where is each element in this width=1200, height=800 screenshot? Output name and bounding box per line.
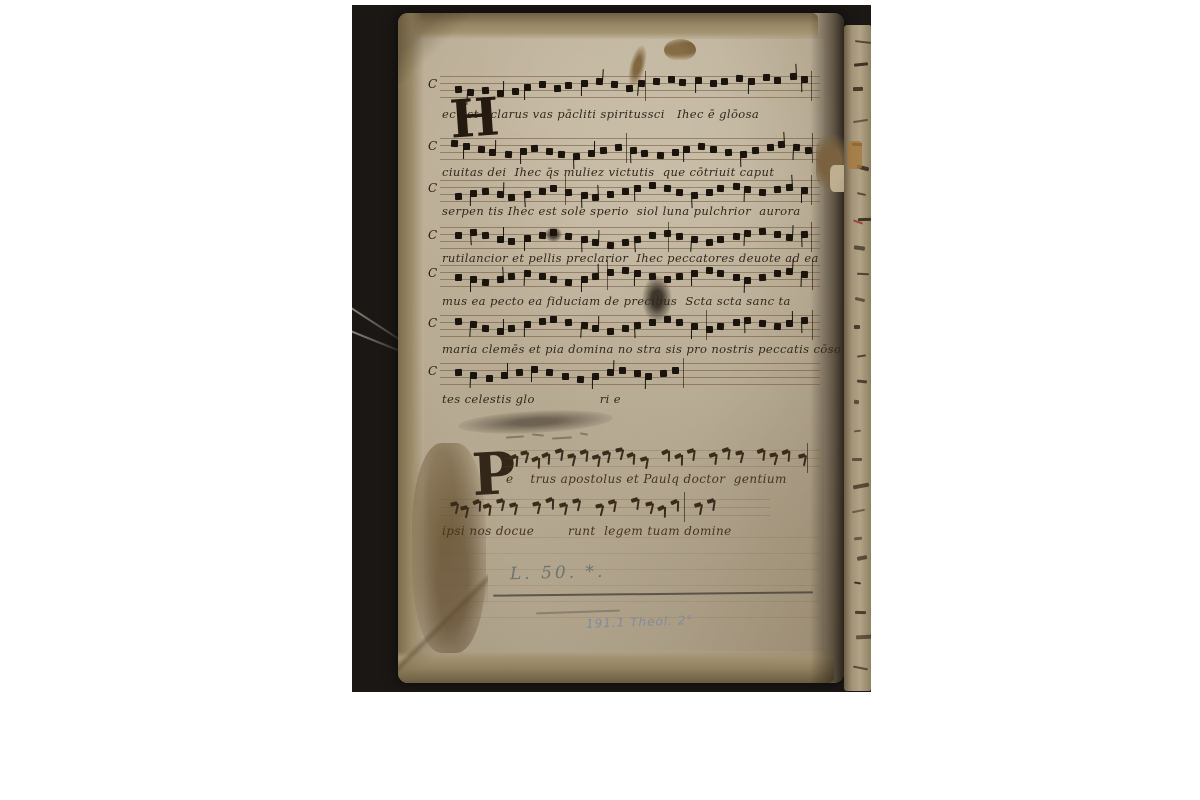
neume <box>675 233 682 240</box>
neume <box>588 150 595 157</box>
text-line: e trus apostolus et Paulq doctor gentium <box>506 472 787 486</box>
neume-stem <box>503 227 504 237</box>
neume-stem <box>695 83 696 93</box>
neume <box>801 271 808 278</box>
neume <box>615 144 622 151</box>
neume <box>748 78 755 85</box>
staff-line <box>440 187 820 188</box>
neume <box>634 370 641 377</box>
neume <box>550 229 557 236</box>
text-line: serpen tis Ihec est sole sperio siol lun… <box>442 204 801 218</box>
neume-tail <box>524 453 529 464</box>
neume-stem <box>801 193 802 203</box>
neume <box>622 325 629 332</box>
neume-tail <box>680 455 682 466</box>
neume <box>607 191 614 198</box>
staff-line <box>440 336 820 337</box>
facing-page-script-mark <box>853 87 863 91</box>
barline <box>812 310 813 340</box>
text-line: tes celestis glo ri e <box>442 392 621 406</box>
neume <box>679 79 686 86</box>
neume <box>497 90 504 97</box>
neume-stem <box>792 225 794 235</box>
staff-line <box>440 384 820 385</box>
neume <box>744 277 751 284</box>
staff-line <box>440 370 820 371</box>
neume <box>637 80 644 87</box>
neume <box>801 76 808 83</box>
neume <box>793 144 800 151</box>
hufnagel-neume <box>670 500 680 514</box>
staff-line <box>440 83 820 84</box>
neume <box>675 273 682 280</box>
neume-tail <box>668 451 670 462</box>
hufnagel-neume <box>483 504 492 517</box>
neume-stem <box>502 266 504 276</box>
neume-tail <box>501 500 505 511</box>
neume <box>801 187 808 194</box>
neume-tail <box>479 501 482 512</box>
neume-stem <box>598 316 599 326</box>
neume <box>565 319 572 326</box>
facing-page-script-mark <box>853 666 868 670</box>
hufnagel-neume <box>661 450 671 464</box>
neume-tail <box>699 504 703 515</box>
clef: C <box>428 316 437 330</box>
neume <box>774 231 781 238</box>
neume <box>619 367 626 374</box>
neume <box>508 324 515 331</box>
barline <box>684 492 685 522</box>
manuscript-photo: C ec est p̄clarus vas pācliti spirituss… <box>352 5 871 692</box>
neume-stem <box>683 152 684 162</box>
neume <box>683 145 690 152</box>
neume-stem <box>581 86 582 96</box>
text-line: mus ea pecto ea fiduciam de precibus Sct… <box>442 294 791 308</box>
neume-tail <box>585 451 588 462</box>
neume-tail <box>551 499 553 510</box>
staff-line <box>440 180 820 181</box>
neume <box>455 318 462 325</box>
facing-page-script-mark <box>853 246 864 251</box>
neume-stem <box>637 86 639 96</box>
neume-stem <box>503 81 504 91</box>
barline <box>811 71 812 101</box>
neume-tail <box>788 451 791 462</box>
neume-tail <box>537 503 541 514</box>
neume <box>786 268 793 275</box>
neume-stem <box>691 276 692 286</box>
neume <box>767 144 774 151</box>
neume <box>789 73 796 80</box>
text-line: ipsi nos docue runt legem tuam domine <box>442 524 732 538</box>
neume <box>470 372 477 379</box>
neume <box>733 274 740 281</box>
neume <box>634 235 641 242</box>
neume <box>592 194 599 201</box>
neume <box>759 228 766 235</box>
music-system: C mus ea pecto ea fiduciam de precibus S… <box>440 262 820 314</box>
music-system: C tes celestis glo ri e <box>440 360 820 412</box>
neume <box>592 325 599 332</box>
neume-stem <box>744 236 746 246</box>
staff-line <box>440 499 770 500</box>
neume <box>504 151 511 158</box>
neume <box>759 273 766 280</box>
neume <box>649 232 656 239</box>
hufnagel-neume <box>627 452 637 466</box>
hufnagel-neume <box>797 454 807 468</box>
facing-page-script-mark <box>853 118 868 122</box>
neume <box>516 369 523 376</box>
neume <box>786 320 793 327</box>
neume-stem <box>744 323 746 333</box>
hufnagel-neume <box>567 454 577 468</box>
neume <box>592 239 599 246</box>
neume <box>786 184 793 191</box>
neume <box>706 267 713 274</box>
neume <box>736 75 743 82</box>
neume <box>599 146 606 153</box>
neume <box>672 367 679 374</box>
neume <box>751 147 758 154</box>
neume <box>630 147 637 154</box>
hufnagel-neume <box>473 500 483 514</box>
facing-page-script-mark <box>858 218 871 221</box>
staff: C <box>440 177 820 203</box>
neume <box>732 233 739 240</box>
hufnagel-neume <box>510 455 520 468</box>
neume <box>546 369 553 376</box>
neume <box>550 185 557 192</box>
neume <box>691 236 698 243</box>
neume <box>486 375 493 382</box>
neume <box>512 88 519 95</box>
hufnagel-neume <box>709 453 718 466</box>
neume-tail <box>727 448 730 459</box>
neume <box>554 85 561 92</box>
staff-line <box>440 377 820 378</box>
neume <box>470 229 477 236</box>
neume-tail <box>607 452 611 463</box>
neume <box>691 192 698 199</box>
clef: C <box>428 181 437 195</box>
facing-page-script-mark <box>854 325 861 329</box>
neume <box>580 322 587 329</box>
neume <box>622 188 629 195</box>
neume <box>759 320 766 327</box>
neume <box>649 182 656 189</box>
neume-tail <box>633 453 636 464</box>
staff: C <box>440 262 820 288</box>
neume <box>622 267 629 274</box>
hufnagel-neume <box>571 499 581 513</box>
neume-stem <box>470 282 471 292</box>
book-cover-pastedown: C ec est p̄clarus vas pācliti spirituss… <box>398 13 844 683</box>
neume-tail <box>488 505 491 516</box>
barline <box>645 71 646 101</box>
neume <box>725 148 732 155</box>
facing-page-script-mark <box>857 273 869 275</box>
neume <box>580 192 587 199</box>
neume <box>675 319 682 326</box>
book-top-edge <box>398 13 818 39</box>
barline <box>668 222 669 252</box>
neume <box>455 369 462 376</box>
staff: C <box>440 312 820 338</box>
barline <box>626 133 627 163</box>
neume <box>592 373 599 380</box>
neume-stem <box>792 259 794 269</box>
neume-stem <box>744 283 746 293</box>
neume-tail <box>693 450 697 461</box>
neume-stem <box>524 90 525 100</box>
music-system: e trus apostolus et Paulq doctor gentium <box>504 445 820 497</box>
neume <box>581 80 588 87</box>
neume <box>470 321 477 328</box>
hufnagel-neume <box>496 499 506 513</box>
neume <box>801 317 808 324</box>
hufnagel-neume <box>657 505 667 519</box>
music-system: C serpen tis Ihec est sole sperio siol l… <box>440 177 820 229</box>
neume <box>774 186 781 193</box>
neume-stem <box>630 153 632 163</box>
neume <box>664 276 671 283</box>
neume <box>539 232 546 239</box>
neume-stem <box>791 175 793 185</box>
neume <box>763 74 770 81</box>
neume <box>733 319 740 326</box>
neume <box>558 151 565 158</box>
facing-page-script-mark <box>857 380 868 384</box>
hufnagel-neume <box>509 503 519 517</box>
neume-stem <box>592 379 593 389</box>
neume-stem <box>524 241 525 251</box>
neume-stem <box>581 282 582 292</box>
facing-page-script-mark <box>855 40 871 43</box>
facing-page-script-mark <box>852 508 865 512</box>
neume <box>565 188 572 195</box>
barline <box>807 443 808 473</box>
music-system: ipsi nos docue runt legem tuam domine <box>440 494 770 550</box>
neume-stem <box>503 319 504 329</box>
price-mark: L. 50. *. <box>510 562 606 584</box>
hufnagel-neume <box>532 501 542 515</box>
neume-stem <box>520 154 521 164</box>
facing-page-edge <box>844 25 871 691</box>
neume <box>668 76 675 83</box>
neume <box>470 276 477 283</box>
neume-stem <box>801 82 803 92</box>
hufnagel-neume <box>541 452 551 466</box>
neume-stem <box>691 329 692 339</box>
barline <box>811 222 812 252</box>
neume <box>539 81 546 88</box>
hufnagel-neume <box>644 501 654 515</box>
neume <box>660 370 667 377</box>
neume <box>672 149 679 156</box>
neume-stem <box>470 378 472 388</box>
neume <box>698 143 705 150</box>
neume <box>634 270 641 277</box>
neume <box>805 147 812 154</box>
hufnagel-neume <box>555 449 564 462</box>
neume-tail <box>637 499 640 510</box>
hufnagel-neume <box>459 505 469 519</box>
neume <box>470 190 477 197</box>
neume <box>634 322 641 329</box>
neume <box>482 324 489 331</box>
hufnagel-neume <box>602 451 612 464</box>
neume <box>524 84 531 91</box>
initial-h: H <box>448 91 501 146</box>
facing-page-script-mark <box>852 458 862 461</box>
neume <box>664 316 671 323</box>
neume <box>497 328 504 335</box>
hufnagel-neume <box>782 450 792 463</box>
clef: C <box>428 77 437 91</box>
neume <box>786 234 793 241</box>
hufnagel-neume <box>674 454 684 468</box>
neume <box>607 369 614 376</box>
neume <box>717 322 724 329</box>
neume <box>645 373 652 380</box>
neume <box>497 191 504 198</box>
neume <box>710 146 717 153</box>
neume-stem <box>602 69 604 79</box>
hufnagel-neume <box>694 503 704 516</box>
hufnagel-neume <box>519 451 529 465</box>
neume-stem <box>503 182 505 192</box>
hufnagel-neume <box>687 449 696 462</box>
neume <box>546 148 553 155</box>
neume-stem <box>594 141 595 151</box>
neume <box>656 152 663 159</box>
neume <box>497 275 504 282</box>
neume <box>634 185 641 192</box>
neume <box>482 187 489 194</box>
neume <box>531 366 538 373</box>
neume <box>759 189 766 196</box>
hufnagel-neume <box>594 504 604 518</box>
music-system: C maria clemēs et pia domina no stra si… <box>440 312 820 364</box>
staff-line <box>440 201 820 202</box>
neume <box>539 273 546 280</box>
neume <box>573 153 580 160</box>
neume <box>592 272 599 279</box>
barline <box>683 358 684 388</box>
pen-trial-marks <box>506 433 596 441</box>
neume-stem <box>598 230 600 240</box>
neume <box>774 77 781 84</box>
neume-tail <box>715 454 718 465</box>
clef: C <box>428 364 437 378</box>
neume-stem <box>801 323 803 333</box>
neume <box>744 230 751 237</box>
neume <box>695 77 702 84</box>
hufnagel-neume <box>631 498 640 511</box>
neume <box>622 238 629 245</box>
neume <box>523 270 530 277</box>
neume-stem <box>795 64 797 74</box>
hufnagel-neume <box>707 499 716 512</box>
facing-page-script-mark <box>854 400 859 404</box>
clef: C <box>428 228 437 242</box>
neume <box>565 233 572 240</box>
neume-tail <box>613 501 617 512</box>
hufnagel-neume <box>608 500 617 513</box>
staff-line <box>504 466 820 467</box>
facing-page-script-mark <box>852 483 868 489</box>
neume-tail <box>514 504 518 515</box>
strip-stain <box>848 141 862 169</box>
staff: C <box>440 224 820 250</box>
neume <box>774 270 781 277</box>
staff-line <box>440 265 820 266</box>
neume-stem <box>791 311 792 321</box>
neume <box>581 276 588 283</box>
staff-line <box>440 286 820 287</box>
hufnagel-neume <box>449 501 459 515</box>
hufnagel-neume <box>640 456 649 469</box>
facing-page-script-mark <box>857 555 867 560</box>
neume <box>508 272 515 279</box>
facing-page-script-mark <box>854 429 861 431</box>
staff-line <box>440 248 820 249</box>
hufnagel-neume <box>580 450 589 463</box>
neume <box>675 188 682 195</box>
neume-stem <box>531 372 532 382</box>
neume <box>524 321 531 328</box>
neume <box>732 183 739 190</box>
barline <box>706 310 707 340</box>
facing-page-script-mark <box>854 581 861 584</box>
neume <box>550 316 557 323</box>
neume <box>649 319 656 326</box>
neume <box>455 193 462 200</box>
neume <box>482 232 489 239</box>
neume <box>607 269 614 276</box>
neume <box>706 326 713 333</box>
neume-stem <box>523 276 525 286</box>
neume <box>740 151 747 158</box>
neume-stem <box>634 191 635 201</box>
neume <box>649 273 656 280</box>
staff-line <box>440 315 820 316</box>
neume-tail <box>664 506 666 517</box>
neume <box>565 279 572 286</box>
neume <box>664 230 671 237</box>
hufnagel-neume <box>722 447 731 460</box>
neume <box>497 236 504 243</box>
neume-tail <box>548 453 551 464</box>
neume-stem <box>580 328 582 338</box>
barline <box>812 260 813 290</box>
neume <box>562 373 569 380</box>
neume <box>508 194 515 201</box>
neume <box>744 317 751 324</box>
neume <box>717 236 724 243</box>
neume <box>523 191 530 198</box>
neume <box>607 328 614 335</box>
neume-tail <box>762 450 765 461</box>
neume <box>778 141 785 148</box>
neume-stem <box>523 327 524 337</box>
neume-tail <box>713 500 717 511</box>
neume <box>539 188 546 195</box>
neume-stem <box>506 363 507 373</box>
neume <box>501 372 508 379</box>
